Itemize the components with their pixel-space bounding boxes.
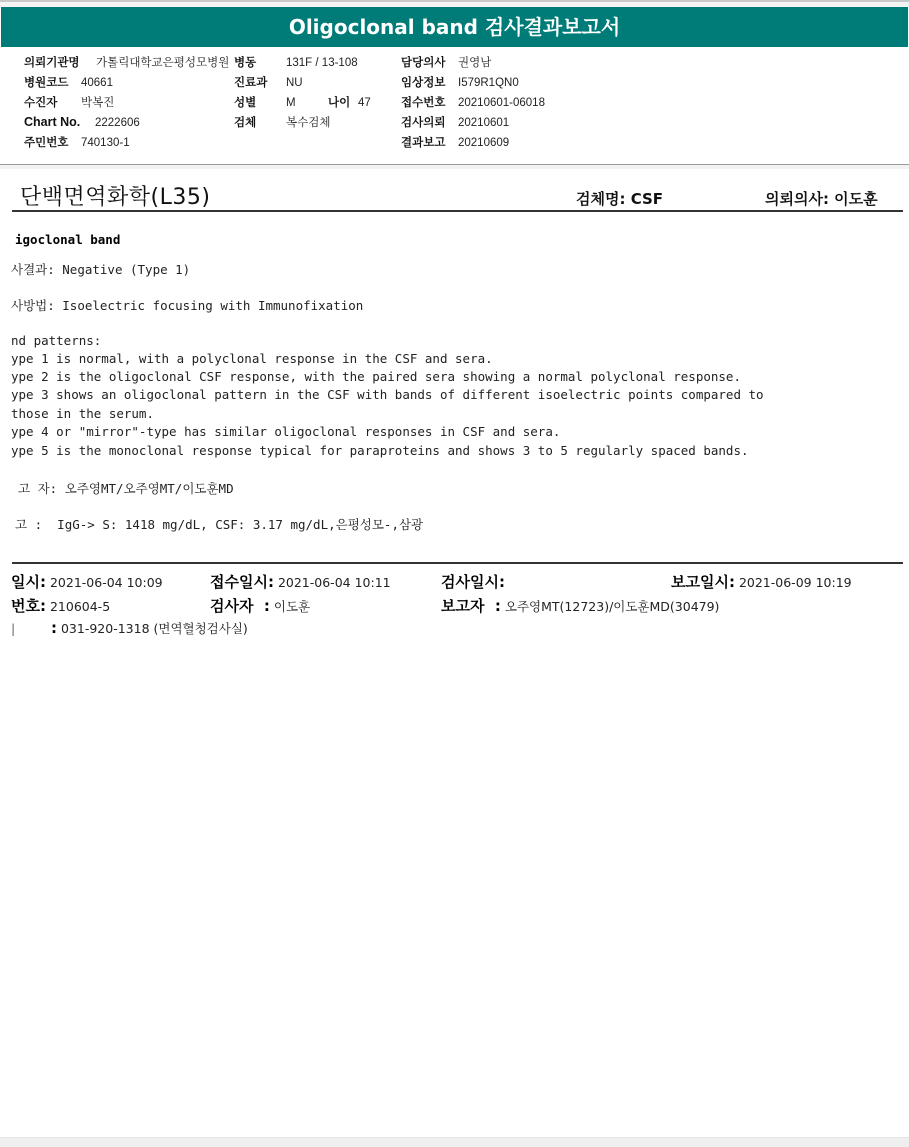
sex-value: M bbox=[286, 94, 328, 113]
collection-time-value: 2021-06-04 10:09 bbox=[50, 575, 163, 590]
remark-line: 고 : IgG-> S: 1418 mg/dL, CSF: 3.17 mg/dL… bbox=[15, 515, 423, 533]
hospital-code-value: 40661 bbox=[81, 77, 113, 89]
pattern-line: those in the serum. bbox=[11, 406, 154, 421]
footer-contact: | : 031-920-1318 (면역혈청검사실) bbox=[11, 619, 248, 637]
patient-label: 수진자 bbox=[24, 93, 81, 112]
received-time-value: 2021-06-04 10:11 bbox=[278, 575, 391, 590]
report-date-value: 20210609 bbox=[458, 137, 509, 149]
attending-value: 권영남 bbox=[458, 57, 491, 69]
test-method: 사방법: Isoelectric focusing with Immunofix… bbox=[11, 296, 363, 314]
header-divider-shade bbox=[0, 165, 909, 169]
tester-value: 이도훈 bbox=[274, 599, 310, 614]
pattern-line: ype 1 is normal, with a polyclonal respo… bbox=[11, 351, 493, 366]
section-title: 단백면역화학(L35) bbox=[20, 180, 210, 211]
report-title-banner: Oligoclonal band 검사결과보고서 bbox=[1, 7, 908, 47]
footer-tester: 검사자 : 이도훈 bbox=[210, 595, 310, 616]
info-column-3: 담당의사권영남 임상정보I579R1QN0 접수번호20210601-06018… bbox=[401, 53, 545, 153]
contact-value: 031-920-1318 (면역혈청검사실) bbox=[61, 621, 248, 636]
info-row-specimen: 검체복수검체 bbox=[234, 113, 371, 133]
info-row-hospital-code: 병원코드40661 bbox=[24, 73, 229, 93]
footer-report-time: 보고일시: 2021-06-09 10:19 bbox=[671, 571, 852, 592]
bottom-bar bbox=[0, 1137, 909, 1147]
sample-number-label: 번호: bbox=[11, 597, 46, 615]
pattern-line: ype 2 is the oligoclonal CSF response, w… bbox=[11, 369, 741, 384]
reporter-line: 고 자: 오주영MT/오주영MT/이도훈MD bbox=[18, 479, 234, 497]
contact-label: : bbox=[51, 619, 57, 637]
clinical-info-value: I579R1QN0 bbox=[458, 77, 519, 89]
department-label: 진료과 bbox=[234, 73, 286, 92]
accession-no-label: 접수번호 bbox=[401, 93, 458, 112]
sex-label: 성별 bbox=[234, 93, 286, 112]
patterns-header: nd patterns: bbox=[11, 333, 101, 348]
chart-no-label: Chart No. bbox=[24, 113, 95, 132]
footer-received-time: 접수일시: 2021-06-04 10:11 bbox=[210, 571, 391, 592]
resident-no-value: 740130-1 bbox=[81, 137, 130, 149]
ward-label: 병동 bbox=[234, 53, 286, 72]
patient-value: 박복진 bbox=[81, 97, 114, 109]
info-row-resident-no: 주민번호740130-1 bbox=[24, 133, 229, 153]
institution-value: 가톨릭대학교은평성모병원 bbox=[96, 57, 229, 69]
age-label: 나이 bbox=[328, 93, 358, 112]
info-row-chart-no: Chart No.2222606 bbox=[24, 113, 229, 133]
info-row-department: 진료과NU bbox=[234, 73, 371, 93]
request-date-value: 20210601 bbox=[458, 117, 509, 129]
chart-no-value: 2222606 bbox=[95, 117, 140, 129]
pattern-line: ype 4 or "mirror"-type has similar oligo… bbox=[11, 424, 560, 439]
info-column-2: 병동131F / 13-108 진료과NU 성별M나이47 검체복수검체 bbox=[234, 53, 371, 133]
accession-no-value: 20210601-06018 bbox=[458, 97, 545, 109]
info-row-sex-age: 성별M나이47 bbox=[234, 93, 371, 113]
request-date-label: 검사의뢰 bbox=[401, 113, 458, 132]
department-value: NU bbox=[286, 77, 303, 89]
sample-number-value: 210604-5 bbox=[50, 599, 110, 614]
specimen-label: 검체 bbox=[234, 113, 286, 132]
info-row-accession-no: 접수번호20210601-06018 bbox=[401, 93, 545, 113]
attending-label: 담당의사 bbox=[401, 53, 458, 72]
pattern-line: ype 3 shows an oligoclonal pattern in th… bbox=[11, 387, 764, 402]
info-row-clinical-info: 임상정보I579R1QN0 bbox=[401, 73, 545, 93]
footer-collection-time: 일시: 2021-06-04 10:09 bbox=[11, 571, 163, 592]
clinical-info-label: 임상정보 bbox=[401, 73, 458, 92]
info-row-request-date: 검사의뢰20210601 bbox=[401, 113, 545, 133]
info-row-attending: 담당의사권영남 bbox=[401, 53, 545, 73]
received-time-label: 접수일시: bbox=[210, 573, 274, 591]
specimen-value: 복수검체 bbox=[286, 117, 330, 129]
footer-reporter: 보고자 : 오주영MT(12723)/이도훈MD(30479) bbox=[441, 595, 719, 616]
info-column-1: 의뢰기관명가톨릭대학교은평성모병원 병원코드40661 수진자박복진 Chart… bbox=[24, 53, 229, 153]
contact-label-edge: | bbox=[11, 621, 47, 636]
specimen-name: 검체명: CSF bbox=[576, 188, 663, 209]
info-row-report-date: 결과보고20210609 bbox=[401, 133, 545, 153]
age-value: 47 bbox=[358, 97, 371, 109]
test-result: 사결과: Negative (Type 1) bbox=[11, 260, 190, 278]
test-name: igoclonal band bbox=[15, 232, 120, 247]
resident-no-label: 주민번호 bbox=[24, 133, 81, 152]
hospital-code-label: 병원코드 bbox=[24, 73, 81, 92]
pattern-line: ype 5 is the monoclonal response typical… bbox=[11, 443, 749, 458]
report-time-label: 보고일시: bbox=[671, 573, 735, 591]
institution-label: 의뢰기관명 bbox=[24, 53, 96, 72]
info-row-institution: 의뢰기관명가톨릭대학교은평성모병원 bbox=[24, 53, 229, 73]
info-row-ward: 병동131F / 13-108 bbox=[234, 53, 371, 73]
collection-time-label: 일시: bbox=[11, 573, 46, 591]
report-date-label: 결과보고 bbox=[401, 133, 458, 152]
section-underline bbox=[12, 210, 903, 212]
test-time-label: 검사일시: bbox=[441, 573, 505, 591]
report-time-value: 2021-06-09 10:19 bbox=[739, 575, 852, 590]
tester-label: 검사자 : bbox=[210, 597, 270, 615]
footer-sample-number: 번호: 210604-5 bbox=[11, 595, 110, 616]
reporter-label: 보고자 : bbox=[441, 597, 501, 615]
footer-test-time: 검사일시: bbox=[441, 571, 505, 592]
footer-divider bbox=[12, 562, 903, 564]
ward-value: 131F / 13-108 bbox=[286, 57, 358, 69]
reporter-value: 오주영MT(12723)/이도훈MD(30479) bbox=[505, 599, 720, 614]
info-row-patient: 수진자박복진 bbox=[24, 93, 229, 113]
report-title: Oligoclonal band 검사결과보고서 bbox=[289, 15, 620, 39]
requesting-doctor: 의뢰의사: 이도훈 bbox=[765, 188, 878, 209]
